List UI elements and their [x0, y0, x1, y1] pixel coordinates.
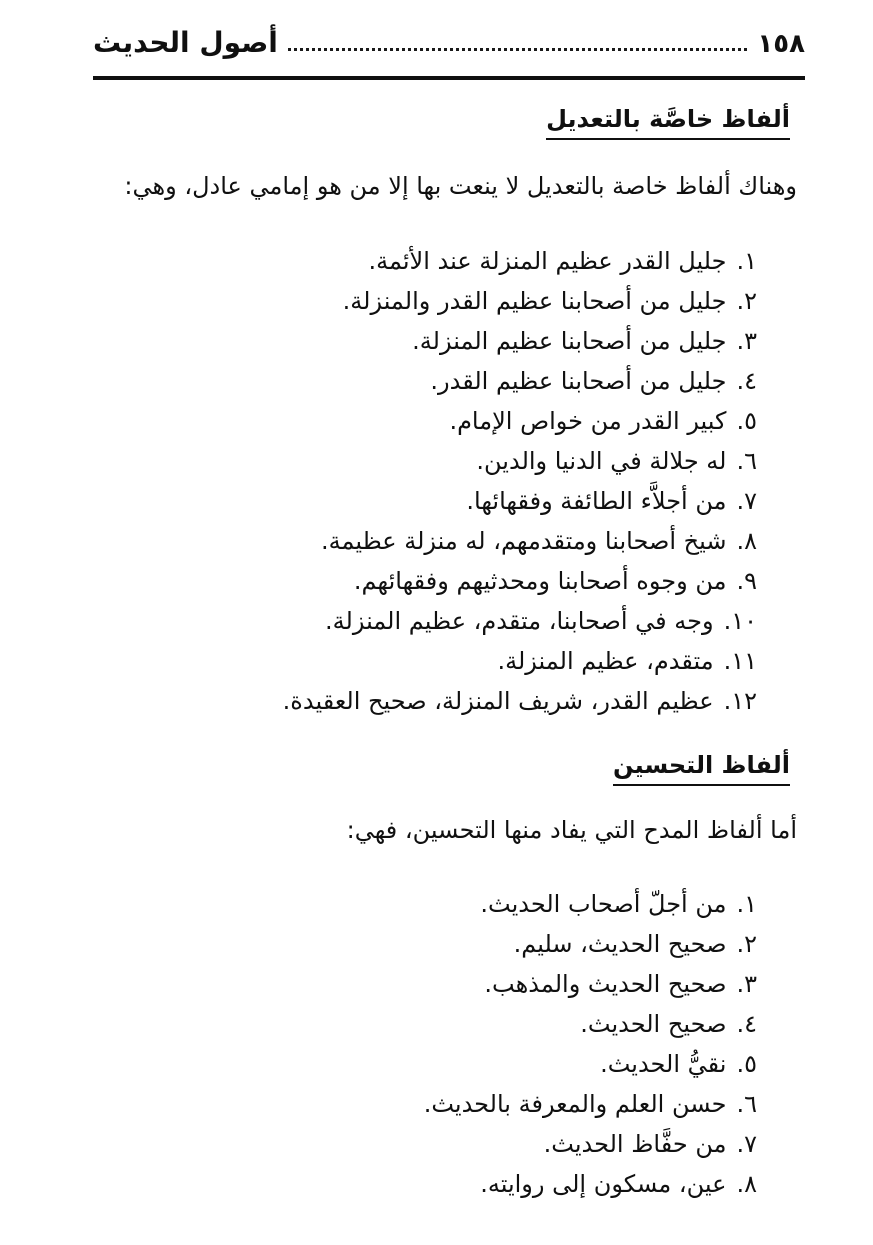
item-text: شيخ أصحابنا ومتقدمهم، له منزلة عظيمة. — [321, 527, 726, 555]
section-tadil-heading: ألفاظ خاصَّة بالتعديل — [546, 105, 790, 140]
list-item: ٣.صحيح الحديث والمذهب. — [93, 964, 757, 1004]
item-number: ٢. — [736, 287, 757, 315]
item-text: كبير القدر من خواص الإمام. — [449, 407, 726, 435]
section-tahsin-heading-row: ألفاظ التحسين — [93, 751, 805, 786]
list-item: ٧.من حفَّاظ الحديث. — [93, 1124, 757, 1164]
item-text: نقيُّ الحديث. — [600, 1050, 726, 1078]
list-item: ٦.حسن العلم والمعرفة بالحديث. — [93, 1084, 757, 1124]
list-item: ٨.عين، مسكون إلى روايته. — [93, 1164, 757, 1204]
item-text: عين، مسكون إلى روايته. — [480, 1170, 726, 1198]
list-item: ١١.متقدم، عظيم المنزلة. — [93, 641, 757, 681]
section-tahsin-heading: ألفاظ التحسين — [613, 751, 790, 786]
item-number: ٥. — [736, 407, 757, 435]
item-number: ١١. — [724, 647, 757, 675]
list-item: ٢.صحيح الحديث، سليم. — [93, 924, 757, 964]
section-tadil-intro: وهناك ألفاظ خاصة بالتعديل لا ينعت بها إل… — [93, 166, 805, 206]
list-item: ١.جليل القدر عظيم المنزلة عند الأئمة. — [93, 241, 757, 281]
item-text: من أجلّ أصحاب الحديث. — [480, 890, 726, 918]
list-item: ٥.نقيُّ الحديث. — [93, 1044, 757, 1084]
item-number: ٥. — [736, 1050, 757, 1078]
item-text: متقدم، عظيم المنزلة. — [498, 647, 714, 675]
dotted-leader — [288, 48, 748, 51]
item-text: من حفَّاظ الحديث. — [544, 1130, 727, 1158]
item-text: وجه في أصحابنا، متقدم، عظيم المنزلة. — [325, 607, 714, 635]
item-text: جليل من أصحابنا عظيم القدر والمنزلة. — [343, 287, 727, 315]
item-text: جليل من أصحابنا عظيم المنزلة. — [412, 327, 726, 355]
item-number: ٨. — [736, 527, 757, 555]
section-tadil-heading-row: ألفاظ خاصَّة بالتعديل — [93, 105, 805, 140]
header-rule — [93, 76, 805, 80]
item-text: جليل القدر عظيم المنزلة عند الأئمة. — [369, 247, 727, 275]
item-text: صحيح الحديث، سليم. — [514, 930, 727, 958]
item-number: ١. — [736, 890, 757, 918]
book-page: ١٥٨ أصول الحديث ألفاظ خاصَّة بالتعديل وه… — [0, 0, 873, 1245]
page-header: ١٥٨ أصول الحديث — [93, 26, 805, 59]
list-item: ٧.من أجلاَّء الطائفة وفقهائها. — [93, 481, 757, 521]
list-item: ١٢.عظيم القدر، شريف المنزلة، صحيح العقيد… — [93, 681, 757, 721]
tahsin-list: ١.من أجلّ أصحاب الحديث. ٢.صحيح الحديث، س… — [93, 884, 805, 1204]
item-text: عظيم القدر، شريف المنزلة، صحيح العقيدة. — [283, 687, 714, 715]
item-number: ٩. — [736, 567, 757, 595]
item-number: ٦. — [736, 1090, 757, 1118]
item-text: جليل من أصحابنا عظيم القدر. — [430, 367, 726, 395]
item-number: ١. — [736, 247, 757, 275]
item-number: ٣. — [736, 970, 757, 998]
item-number: ٣. — [736, 327, 757, 355]
list-item: ٨.شيخ أصحابنا ومتقدمهم، له منزلة عظيمة. — [93, 521, 757, 561]
item-text: له جلالة في الدنيا والدين. — [476, 447, 726, 475]
list-item: ٣.جليل من أصحابنا عظيم المنزلة. — [93, 321, 757, 361]
section-tahsin-intro: أما ألفاظ المدح التي يفاد منها التحسين، … — [93, 810, 805, 850]
item-number: ١٢. — [724, 687, 757, 715]
page-number: ١٥٨ — [757, 29, 805, 59]
item-number: ٨. — [736, 1170, 757, 1198]
item-text: صحيح الحديث والمذهب. — [484, 970, 726, 998]
list-item: ٦.له جلالة في الدنيا والدين. — [93, 441, 757, 481]
item-text: من وجوه أصحابنا ومحدثيهم وفقهائهم. — [354, 567, 727, 595]
item-text: من أجلاَّء الطائفة وفقهائها. — [466, 487, 726, 515]
list-item: ٤.صحيح الحديث. — [93, 1004, 757, 1044]
list-item: ١.من أجلّ أصحاب الحديث. — [93, 884, 757, 924]
item-number: ٦. — [736, 447, 757, 475]
tadil-list: ١.جليل القدر عظيم المنزلة عند الأئمة. ٢.… — [93, 241, 805, 721]
item-number: ١٠. — [724, 607, 757, 635]
book-title: أصول الحديث — [93, 26, 278, 59]
item-number: ٧. — [736, 1130, 757, 1158]
list-item: ٩.من وجوه أصحابنا ومحدثيهم وفقهائهم. — [93, 561, 757, 601]
item-number: ٤. — [736, 367, 757, 395]
list-item: ٢.جليل من أصحابنا عظيم القدر والمنزلة. — [93, 281, 757, 321]
item-number: ٤. — [736, 1010, 757, 1038]
item-text: صحيح الحديث. — [580, 1010, 726, 1038]
list-item: ١٠.وجه في أصحابنا، متقدم، عظيم المنزلة. — [93, 601, 757, 641]
list-item: ٥.كبير القدر من خواص الإمام. — [93, 401, 757, 441]
item-number: ٢. — [736, 930, 757, 958]
item-text: حسن العلم والمعرفة بالحديث. — [424, 1090, 727, 1118]
item-number: ٧. — [736, 487, 757, 515]
list-item: ٤.جليل من أصحابنا عظيم القدر. — [93, 361, 757, 401]
